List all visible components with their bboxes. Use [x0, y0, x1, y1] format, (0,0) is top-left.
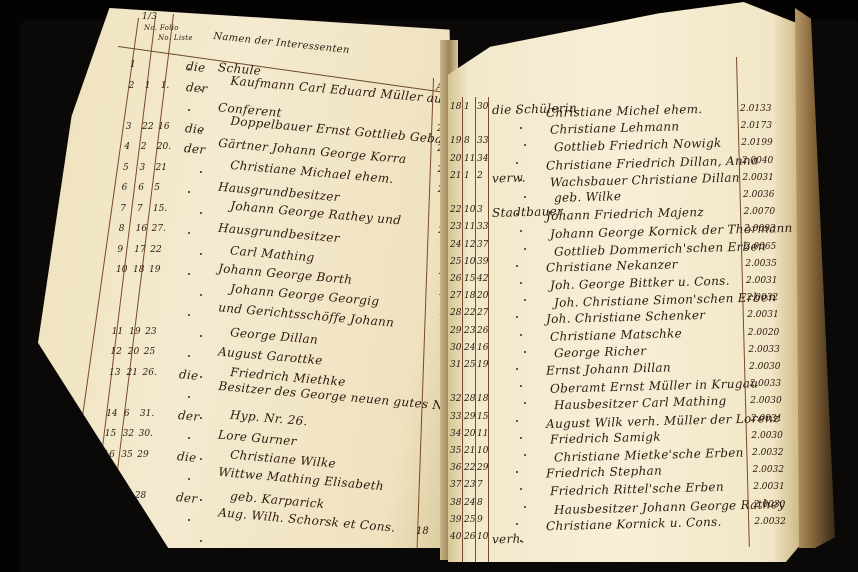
entry-name: Oberamt Ernst Müller in Krugau: [550, 376, 759, 395]
folio-number: 16: [136, 224, 147, 234]
list-number: 19: [477, 360, 488, 370]
row-number: 10: [116, 265, 127, 275]
ditto-mark: [200, 130, 202, 132]
folio-number: 10: [464, 257, 475, 267]
folio-number: 24: [464, 498, 475, 508]
row-number: 20: [450, 154, 461, 164]
entry-value: 2.0031: [753, 482, 785, 492]
entry-value: 2.0031: [751, 414, 783, 424]
row-number: 15: [105, 429, 116, 439]
entry-name: Ernst Johann Dillan: [546, 360, 671, 377]
entry-name: Carl Mathing: [230, 243, 315, 264]
folio-number: 25: [464, 515, 475, 525]
row-number: 25: [450, 257, 461, 267]
list-number: 7: [477, 480, 483, 490]
ditto-mark: [188, 519, 190, 521]
entry-name: Christiane Kornick u. Cons.: [546, 515, 722, 534]
ditto-mark: [520, 488, 522, 490]
row-number: 6: [122, 183, 128, 193]
list-number: 16: [158, 122, 169, 132]
entry-name: Christiane Mietke'sche Erben: [554, 446, 744, 465]
ditto-mark: [520, 334, 522, 336]
entry-prefix: verh.: [492, 532, 525, 547]
ditto-mark: [524, 248, 526, 250]
ditto-mark: [524, 351, 526, 353]
folio-number: 19: [129, 327, 140, 337]
list-number: 15: [477, 412, 488, 422]
ditto-mark: [188, 396, 190, 398]
folio-number: 12: [464, 240, 475, 250]
ditto-mark: [520, 540, 522, 542]
row-number: 30: [450, 343, 461, 353]
ditto-mark: [516, 316, 518, 318]
entry-name: Wittwe Mathing Elisabeth: [218, 465, 385, 493]
folio-number: 24: [464, 343, 475, 353]
ditto-mark: [200, 171, 202, 173]
folio-number: 20: [464, 429, 475, 439]
entry-name: Joh. George Bittker u. Cons.: [550, 274, 730, 293]
ditto-mark: [524, 144, 526, 146]
header-col1: 1/3: [142, 12, 157, 22]
entry-name: Johann George Rathey und: [230, 198, 402, 227]
ditto-mark: [188, 150, 190, 152]
row-number: 33: [450, 412, 461, 422]
entry-prefix: der: [175, 490, 198, 506]
ditto-mark: [524, 454, 526, 456]
row-number: 37: [450, 480, 461, 490]
folio-number: 21: [127, 368, 138, 378]
row-number: 5: [123, 163, 129, 173]
folio-number: 15: [464, 274, 475, 284]
list-number: 27: [477, 308, 488, 318]
entry-name: Lore Gurner: [218, 428, 298, 449]
folio-number: 7: [137, 204, 143, 214]
list-number: 20: [477, 291, 488, 301]
folio-number: 17: [134, 245, 145, 255]
ditto-mark: [516, 110, 518, 112]
ditto-mark: [516, 471, 518, 473]
entry-value: 2.0031: [747, 310, 779, 320]
list-number: 21: [156, 163, 167, 173]
ditto-mark: [516, 523, 518, 525]
entry-name: Hausbesitzer Johann George Rathey: [554, 497, 786, 517]
list-number: 16: [477, 343, 488, 353]
entry-name: Hausgrundbesitzer: [218, 221, 341, 246]
entry-value: 2.0036: [743, 190, 775, 200]
entry-value: 2.0032: [747, 293, 779, 303]
entry-name: Friedrich Samigk: [550, 429, 661, 446]
list-number: 22: [150, 245, 161, 255]
folio-number: 10: [464, 205, 475, 215]
entry-value: 2.0033: [748, 345, 780, 355]
folio-number: 26: [464, 532, 475, 542]
row-number: 11: [112, 327, 123, 337]
row-number: 29: [450, 326, 461, 336]
ditto-mark: [200, 376, 202, 378]
folio-number: 25: [464, 360, 475, 370]
entry-value: 2.0033: [750, 379, 782, 389]
header-col2: No. Folio: [144, 24, 179, 32]
row-number: 2: [129, 81, 135, 91]
list-number: 33: [477, 136, 488, 146]
ditto-mark: [200, 294, 202, 296]
ditto-mark: [516, 368, 518, 370]
folio-number: 1: [464, 171, 470, 181]
list-number: 37: [477, 240, 488, 250]
column-rule: [462, 97, 463, 562]
list-number: 3: [477, 205, 483, 215]
list-number: 1.: [161, 81, 170, 91]
ditto-mark: [200, 499, 202, 501]
ditto-mark: [524, 402, 526, 404]
entry-name: Christiane Michel ehem.: [546, 102, 703, 120]
folio-number: 22: [142, 122, 153, 132]
folio-number: 35: [121, 450, 132, 460]
ditto-mark: [516, 420, 518, 422]
list-number: 29: [137, 450, 148, 460]
folio-number: 18: [133, 265, 144, 275]
entry-value: 2.0032: [752, 448, 784, 458]
entry-name: Hyp. Nr. 26.: [230, 407, 309, 428]
folio-number: 6: [124, 409, 130, 419]
folio-number: 2: [141, 142, 147, 152]
ditto-mark: [200, 253, 202, 255]
entry-value: 2.0030: [754, 500, 786, 510]
ditto-mark: [524, 506, 526, 508]
list-number: 30: [477, 102, 488, 112]
ditto-mark: [188, 355, 190, 357]
list-number: 18: [477, 394, 488, 404]
header-title: Namen der Interessenten: [213, 31, 350, 56]
entry-value: 2.0133: [740, 104, 772, 114]
list-number: 30.: [139, 429, 153, 439]
entry-value: 2.0199: [741, 138, 773, 148]
entry-name: Joh. Christiane Schenker: [546, 308, 706, 326]
row-number: 38: [450, 498, 461, 508]
entry-name: Hausbesitzer Carl Mathing: [554, 394, 727, 413]
row-number: 9: [117, 245, 123, 255]
row-number: 35: [450, 446, 461, 456]
entry-name: geb. Wilke: [554, 189, 622, 205]
ditto-mark: [188, 478, 190, 480]
folio-number: 23: [464, 480, 475, 490]
entry-value: 2.0030: [750, 396, 782, 406]
row-number: 22: [450, 205, 461, 215]
ditto-mark: [188, 314, 190, 316]
list-number: 23: [145, 327, 156, 337]
ditto-mark: [524, 299, 526, 301]
ditto-mark: [520, 179, 522, 181]
entry-value: 2.0020: [748, 328, 780, 338]
ditto-mark: [200, 89, 202, 91]
entry-name: Christiane Matschke: [550, 326, 682, 343]
list-number: 5: [154, 183, 160, 193]
ditto-mark: [188, 109, 190, 111]
folio-number: 22: [464, 308, 475, 318]
row-number: 12: [110, 347, 121, 357]
list-number: 29: [477, 463, 488, 473]
ditto-mark: [188, 437, 190, 439]
folio-number: 32: [123, 429, 134, 439]
entry-value: 2.0093: [744, 224, 776, 234]
ditto-mark: [200, 458, 202, 460]
row-number: 39: [450, 515, 461, 525]
entry-value: 2.0035: [745, 259, 777, 269]
folio-number: 23: [464, 326, 475, 336]
folio-number: 11: [464, 154, 475, 164]
list-number: 9: [477, 515, 483, 525]
list-number: 20.: [157, 142, 171, 152]
row-number: 28: [450, 308, 461, 318]
entry-name: George Dillan: [230, 325, 319, 347]
entry-value: 2.0030: [749, 362, 781, 372]
ditto-mark: [200, 417, 202, 419]
ditto-mark: [520, 437, 522, 439]
list-number: 15.: [153, 204, 167, 214]
list-number: 42: [477, 274, 488, 284]
entry-value: 2.0030: [751, 431, 783, 441]
value-column-rule: [417, 78, 435, 548]
row-number: 36: [450, 463, 461, 473]
folio-number: 22: [464, 463, 475, 473]
entry-name: Christiane Friedrich Dillan, Anna: [546, 153, 759, 173]
entry-name: Johann Friedrich Majenz: [546, 205, 704, 223]
entry-prefix: die: [178, 367, 199, 383]
row-number: 3: [126, 122, 132, 132]
folio-number: 8: [464, 136, 470, 146]
ditto-mark: [520, 230, 522, 232]
entry-value: 2.0032: [754, 517, 786, 527]
row-number: 7: [120, 204, 126, 214]
ditto-mark: [516, 162, 518, 164]
entry-prefix: verw.: [492, 170, 526, 185]
list-number: 26.: [143, 368, 157, 378]
entry-name: Friedrich Stephan: [546, 464, 662, 481]
folio-number: 28: [464, 394, 475, 404]
ditto-mark: [188, 68, 190, 70]
entry-name: August Garottke: [218, 344, 324, 367]
ditto-mark: [520, 282, 522, 284]
ditto-mark: [188, 232, 190, 234]
ditto-mark: [520, 385, 522, 387]
row-number: 27: [450, 291, 461, 301]
entry-prefix: der: [185, 80, 208, 96]
ditto-mark: [516, 265, 518, 267]
folio-number: 6: [138, 183, 144, 193]
entry-prefix: die: [184, 121, 205, 137]
entry-prefix: die: [176, 449, 197, 465]
ditto-mark: [524, 196, 526, 198]
photo-background: 1/3 No. Folio No. Liste Namen der Intere…: [0, 0, 858, 572]
row-number: 13: [109, 368, 120, 378]
list-number: 10: [477, 532, 488, 542]
row-number: 14: [106, 409, 117, 419]
entry-value: 2.0031: [742, 173, 774, 183]
folio-number: 18: [464, 291, 475, 301]
ditto-mark: [188, 273, 190, 275]
folio-number: 1: [145, 81, 151, 91]
ditto-mark: [520, 127, 522, 129]
entry-value: 2.0173: [741, 121, 773, 131]
row-number: 31: [450, 360, 461, 370]
ditto-mark: [200, 212, 202, 214]
list-number: 34: [477, 154, 488, 164]
row-number: 21: [450, 171, 461, 181]
entry-name: Friedrich Rittel'sche Erben: [550, 480, 724, 499]
row-number: 34: [450, 429, 461, 439]
list-number: 19: [149, 265, 160, 275]
list-number: 39: [477, 257, 488, 267]
folio-number: 20: [128, 347, 139, 357]
list-number: 8: [477, 498, 483, 508]
ditto-mark: [188, 191, 190, 193]
list-number: 25: [144, 347, 155, 357]
row-number: 32: [450, 394, 461, 404]
list-number: 10: [477, 446, 488, 456]
row-number: 8: [119, 224, 125, 234]
entry-name: Wachsbauer Christiane Dillan: [550, 170, 740, 189]
entry-name: Christiane Lehmann: [550, 119, 680, 136]
folio-number: 1: [464, 102, 470, 112]
list-number: 27.: [152, 224, 166, 234]
entry-value: 2.0031: [746, 276, 778, 286]
row-number: 1: [130, 60, 136, 70]
page-number: 18: [416, 526, 429, 537]
row-number: 40: [450, 532, 461, 542]
row-number: 18: [450, 102, 461, 112]
entry-prefix: die: [185, 59, 206, 75]
folio-number: 3: [140, 163, 146, 173]
row-number: 26: [450, 274, 461, 284]
entry-value: 2.0032: [753, 465, 785, 475]
list-number: 11: [477, 429, 488, 439]
entry-value: 2.0065: [745, 242, 777, 252]
entry-name: George Richer: [554, 344, 647, 360]
entry-name: Gottlieb Dommerich'schen Erben: [554, 239, 766, 259]
list-number: 33: [477, 222, 488, 232]
header-col3: No. Liste: [158, 34, 193, 42]
ditto-mark: [200, 335, 202, 337]
folio-number: 21: [464, 446, 475, 456]
entry-prefix: der: [183, 141, 206, 157]
row-number: 19: [450, 136, 461, 146]
entry-name: Gottlieb Friedrich Nowigk: [554, 136, 722, 154]
entry-value: 2.0040: [742, 156, 774, 166]
right-page: 18130die SchülerinChristiane Michel ehem…: [448, 2, 800, 562]
row-number: 24: [450, 240, 461, 250]
entry-value: 2.0070: [744, 207, 776, 217]
folio-number: 11: [464, 222, 475, 232]
row-number: 23: [450, 222, 461, 232]
list-number: 2: [477, 171, 483, 181]
entry-prefix: der: [177, 408, 200, 424]
list-number: 31.: [140, 409, 154, 419]
row-number: 4: [124, 142, 130, 152]
ditto-mark: [200, 540, 202, 542]
entry-name: Christiane Nekanzer: [546, 257, 678, 274]
folio-number: 29: [464, 412, 475, 422]
list-number: 26: [477, 326, 488, 336]
